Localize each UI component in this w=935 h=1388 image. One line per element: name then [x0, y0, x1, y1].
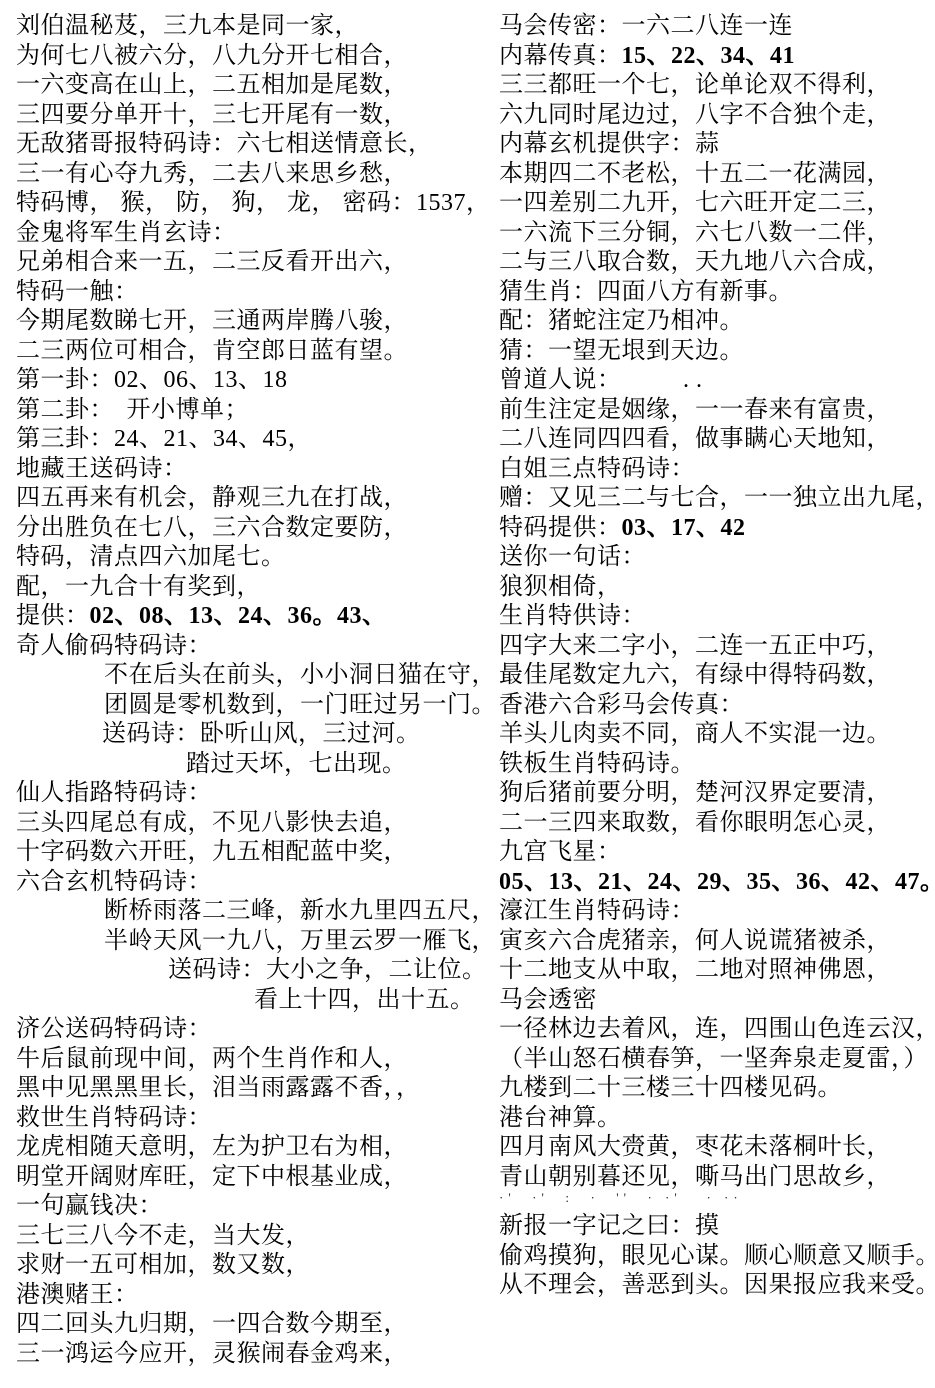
text-line: 仙人指路特码诗： — [16, 779, 476, 809]
text-line: 三一有心夺九秀，二去八来思乡愁， — [16, 160, 476, 190]
line-text: 生肖特供诗： — [499, 603, 646, 629]
line-text: 三三都旺一个七，论单论双不得利， — [499, 72, 891, 98]
line-text: 羊头儿肉卖不同，商人不实混一边。 — [499, 721, 891, 747]
line-text: 配，一九合十有奖到， — [16, 574, 261, 600]
text-line: 白姐三点特码诗： — [499, 455, 929, 485]
text-line: 济公送码特码诗： — [16, 1015, 476, 1045]
text-line: 地藏王送码诗： — [16, 455, 476, 485]
text-line: 港台神算。 — [499, 1104, 929, 1134]
left-column: 刘伯温秘芨，三九本是同一家，为何七八被六分，八九分开七相合，一六变高在山上，二五… — [16, 12, 476, 1369]
line-text: 特码，清点四六加尾七。 — [16, 544, 286, 570]
line-text: 三七三八今不走，当大发， — [16, 1223, 310, 1249]
line-text: 六合玄机特码诗： — [16, 869, 212, 895]
text-line: 内幕玄机提供字：蒜 — [499, 130, 929, 160]
text-line: 分出胜负在七八，三六合数定要防， — [16, 514, 476, 544]
line-text: 九宫飞星： — [499, 839, 622, 865]
text-line: 四五再来有机会，静观三九在打战， — [16, 484, 476, 514]
line-text: 地藏王送码诗： — [16, 456, 188, 482]
line-text: 一四差别二九开，七六旺开定二三， — [499, 190, 891, 216]
line-text: 送码诗：大小之争，二让位。 — [168, 957, 487, 983]
line-text: 团圆是零机数到，一门旺过另一门。 — [104, 692, 496, 718]
text-line: 一六流下三分铜，六七八数一二伴， — [499, 219, 929, 249]
line-text: 救世生肖特码诗： — [16, 1105, 212, 1131]
line-text: 偷鸡摸狗，眼见心谋。顺心顺意又顺手。 — [499, 1243, 935, 1269]
line-text: 内幕玄机提供字：蒜 — [499, 131, 720, 157]
text-line: 三七三八今不走，当大发， — [16, 1222, 476, 1252]
line-text: 一径林边去着风，连，四围山色连云汉， — [499, 1016, 935, 1042]
text-line: 05、13、21、24、29、35、36、42、47。 — [499, 868, 929, 898]
text-line: 半岭天风一九八，万里云罗一雁飞， — [16, 927, 476, 957]
text-line: 龙虎相随天意明，左为护卫右为相， — [16, 1133, 476, 1163]
line-text: 不在后头在前头，小小洞日猫在守， — [104, 662, 496, 688]
text-line: 二与三八取合数，天九地八六合成， — [499, 248, 929, 278]
line-text: 提供： — [16, 603, 90, 629]
text-line: 黑中见黑黑里长，泪当雨露露不香，， — [16, 1074, 476, 1104]
text-line: 十字码数六开旺，九五相配蓝中奖， — [16, 838, 476, 868]
line-text: 马会传密：一六二八连一连 — [499, 13, 793, 39]
line-text: 四字大来二字小，二连一五正中巧， — [499, 633, 891, 659]
line-text: 看上十四，出十五。 — [254, 987, 475, 1013]
line-text: 第一卦：02、06、13、18 — [16, 367, 288, 393]
text-line: 生肖特供诗： — [499, 602, 929, 632]
line-text: 一六流下三分铜，六七八数一二伴， — [499, 220, 891, 246]
line-text: 仙人指路特码诗： — [16, 780, 212, 806]
line-text: 分出胜负在七八，三六合数定要防， — [16, 515, 408, 541]
text-line: 送码诗：大小之争，二让位。 — [16, 956, 476, 986]
text-line: 四字大来二字小，二连一五正中巧， — [499, 632, 929, 662]
line-text: 新报一字记之曰：摸 — [499, 1213, 720, 1239]
line-text: 配：猪蛇注定乃相冲。 — [499, 308, 744, 334]
line-text: 港台神算。 — [499, 1105, 622, 1131]
text-line: 曾道人说： . . — [499, 366, 929, 396]
text-line: 特码博， 猴， 防， 狗， 龙， 密码：1537， — [16, 189, 476, 219]
text-line: 三一鸿运今应开，灵猴闹春金鸡来， — [16, 1340, 476, 1370]
text-line: 断桥雨落二三峰，新水九里四五尺， — [16, 897, 476, 927]
text-line: 港澳赌王： — [16, 1281, 476, 1311]
text-line: （半山怒石横春笋，一坚奔泉走夏雷，） — [499, 1045, 929, 1075]
text-line: 提供：02、08、13、24、36。43、 — [16, 602, 476, 632]
text-line: 六合玄机特码诗： — [16, 868, 476, 898]
text-line: 马会传密：一六二八连一连 — [499, 12, 929, 42]
line-text: 狗后猪前要分明，楚河汉界定要清， — [499, 780, 891, 806]
line-text: 金鬼将军生肖玄诗： — [16, 220, 237, 246]
line-text: 为何七八被六分，八九分开七相合， — [16, 43, 408, 69]
line-text: 曾道人说： . . — [499, 367, 703, 393]
text-line: 今期尾数睇七开，三通两岸腾八骏， — [16, 307, 476, 337]
line-text: （半山怒石横春笋，一坚奔泉走夏雷，） — [499, 1046, 928, 1072]
text-line: 配，一九合十有奖到， — [16, 573, 476, 603]
text-line: 香港六合彩马会传真： — [499, 691, 929, 721]
line-text: 狼狈相倚， — [499, 574, 622, 600]
text-line: 狗后猪前要分明，楚河汉界定要清， — [499, 779, 929, 809]
text-line: 猜：一望无垠到天边。 — [499, 337, 929, 367]
text-line: 一径林边去着风，连，四围山色连云汉， — [499, 1015, 929, 1045]
line-text: 特码一触： — [16, 279, 139, 305]
bold-numbers: 02、08、13、24、36。43、 — [90, 603, 387, 629]
line-text: 濠江生肖特码诗： — [499, 898, 695, 924]
text-line: 内幕传真：15、22、34、41 — [499, 42, 929, 72]
bold-numbers: 05、13、21、24、29、35、36、42、47。 — [499, 869, 935, 895]
text-line: 十二地支从中取，二地对照神佛恩， — [499, 956, 929, 986]
line-text: 龙虎相随天意明，左为护卫右为相， — [16, 1134, 408, 1160]
text-line: 新报一字记之曰：摸 — [499, 1212, 929, 1242]
line-text: 三一鸿运今应开，灵猴闹春金鸡来， — [16, 1341, 408, 1367]
text-line: 四二回头九归期，一四合数今期至， — [16, 1310, 476, 1340]
line-text: 寅亥六合虎猪亲，何人说谎猪被杀， — [499, 928, 891, 954]
text-line: 特码一触： — [16, 278, 476, 308]
line-text: 二八连同四四看，做事瞒心天地知， — [499, 426, 891, 452]
line-text: 牛后鼠前现中间，两个生肖作和人， — [16, 1046, 408, 1072]
line-text: 断桥雨落二三峰，新水九里四五尺， — [104, 898, 496, 924]
text-line: 送你一句话： — [499, 543, 929, 573]
line-text: 十二地支从中取，二地对照神佛恩， — [499, 957, 891, 983]
text-line: 一四差别二九开，七六旺开定二三， — [499, 189, 929, 219]
text-line: 二三两位可相合，肯空郎日蓝有望。 — [16, 337, 476, 367]
line-text: 青山朝别暮还见，嘶马出门思故乡， — [499, 1164, 891, 1190]
text-line: 送码诗：卧听山风，三过河。 — [16, 720, 476, 750]
text-line: 明堂开阔财库旺，定下中根基业成， — [16, 1163, 476, 1193]
text-line: 刘伯温秘芨，三九本是同一家， — [16, 12, 476, 42]
text-line: 为何七八被六分，八九分开七相合， — [16, 42, 476, 72]
text-line: 一句赢钱决： — [16, 1192, 476, 1222]
text-line: 看上十四，出十五。 — [16, 986, 476, 1016]
line-text: 赠：又见三二与七合，一一独立出九尾， — [499, 485, 935, 511]
text-line: 二一三四来取数，看你眼明怎心灵， — [499, 809, 929, 839]
text-line: 赠：又见三二与七合，一一独立出九尾， — [499, 484, 929, 514]
text-line: 铁板生肖特码诗。 — [499, 750, 929, 780]
text-line: 马会透密 — [499, 986, 929, 1016]
text-line: 配：猪蛇注定乃相冲。 — [499, 307, 929, 337]
line-text: 送你一句话： — [499, 544, 646, 570]
text-line: 牛后鼠前现中间，两个生肖作和人， — [16, 1045, 476, 1075]
line-text: 第三卦：24、21、34、45， — [16, 426, 312, 452]
line-text: 一六变高在山上，二五相加是尾数， — [16, 72, 408, 98]
line-text: 内幕传真： — [499, 43, 622, 69]
line-text: 港澳赌王： — [16, 1282, 139, 1308]
text-line: 最佳尾数定九六，有绿中得特码数， — [499, 661, 929, 691]
line-text: 济公送码特码诗： — [16, 1016, 212, 1042]
line-text: 四五再来有机会，静观三九在打战， — [16, 485, 408, 511]
text-line: 濠江生肖特码诗： — [499, 897, 929, 927]
line-text: 六九同时尾边过，八字不合独个走， — [499, 102, 891, 128]
line-text: 四月南风大赍黄，枣花未落桐叶长， — [499, 1134, 891, 1160]
line-text: 四二回头九归期，一四合数今期至， — [16, 1311, 408, 1337]
line-text: 求财一五可相加，数又数， — [16, 1252, 310, 1278]
line-text: 三一有心夺九秀，二去八来思乡愁， — [16, 161, 408, 187]
text-line: 三三都旺一个七，论单论双不得利， — [499, 71, 929, 101]
line-text: 马会透密 — [499, 987, 597, 1013]
text-line: 第一卦：02、06、13、18 — [16, 366, 476, 396]
text-line: 金鬼将军生肖玄诗： — [16, 219, 476, 249]
text-line: 不在后头在前头，小小洞日猫在守， — [16, 661, 476, 691]
text-line: 无敌猪哥报特码诗：六七相送情意长， — [16, 130, 476, 160]
line-text: 白姐三点特码诗： — [499, 456, 695, 482]
text-line: 三头四尾总有成，不见八影快去追， — [16, 809, 476, 839]
text-line: 二八连同四四看，做事瞒心天地知， — [499, 425, 929, 455]
line-text: 特码提供： — [499, 515, 622, 541]
text-line: 本期四二不老松，十五二一花满园， — [499, 160, 929, 190]
text-line: 偷鸡摸狗，眼见心谋。顺心顺意又顺手。 — [499, 1242, 929, 1272]
line-text: 踏过天坏，七出现。 — [186, 751, 407, 777]
text-line: 兄弟相合来一五，二三反看开出六， — [16, 248, 476, 278]
line-text: 兄弟相合来一五，二三反看开出六， — [16, 249, 408, 275]
text-line: 前生注定是姻缘，一一春来有富贵， — [499, 396, 929, 426]
line-text: 半岭天风一九八，万里云罗一雁飞， — [104, 928, 496, 954]
line-text: 二与三八取合数，天九地八六合成， — [499, 249, 891, 275]
bold-numbers: 03、17、42 — [622, 515, 746, 541]
line-text: 三头四尾总有成，不见八影快去追， — [16, 810, 408, 836]
text-line: 从不理会，善恶到头。因果报应我来受。 — [499, 1271, 929, 1301]
bold-numbers: 15、22、34、41 — [622, 43, 796, 69]
line-text: 从不理会，善恶到头。因果报应我来受。 — [499, 1272, 935, 1298]
text-line: 踏过天坏，七出现。 — [16, 750, 476, 780]
line-text: 十字码数六开旺，九五相配蓝中奖， — [16, 839, 408, 865]
text-line: 青山朝别暮还见，嘶马出门思故乡， — [499, 1163, 929, 1193]
text-line: 一六变高在山上，二五相加是尾数， — [16, 71, 476, 101]
text-line: 四月南风大赍黄，枣花未落桐叶长， — [499, 1133, 929, 1163]
line-text: 刘伯温秘芨，三九本是同一家， — [16, 13, 359, 39]
text-line: 救世生肖特码诗： — [16, 1104, 476, 1134]
text-line: 特码提供：03、17、42 — [499, 514, 929, 544]
line-text: 奇人偷码特码诗： — [16, 633, 212, 659]
line-text: 香港六合彩马会传真： — [499, 692, 744, 718]
line-text: 一句赢钱决： — [16, 1193, 163, 1219]
text-line: 六九同时尾边过，八字不合独个走， — [499, 101, 929, 131]
line-text: 三四要分单开十，三七开尾有一数， — [16, 102, 408, 128]
line-text: 黑中见黑黑里长，泪当雨露露不香，， — [16, 1075, 421, 1101]
line-text: 铁板生肖特码诗。 — [499, 751, 695, 777]
text-line: 猜生肖：四面八方有新事。 — [499, 278, 929, 308]
line-text: 第二卦： 开小博单； — [16, 397, 249, 423]
right-column: 马会传密：一六二八连一连内幕传真：15、22、34、41三三都旺一个七，论单论双… — [499, 12, 929, 1301]
line-text: 本期四二不老松，十五二一花满园， — [499, 161, 891, 187]
text-line: 九宫飞星： — [499, 838, 929, 868]
text-line: 狼狈相倚， — [499, 573, 929, 603]
text-line: 寅亥六合虎猪亲，何人说谎猪被杀， — [499, 927, 929, 957]
line-text: 今期尾数睇七开，三通两岸腾八骏， — [16, 308, 408, 334]
line-text: 九楼到二十三楼三十四楼见码。 — [499, 1075, 842, 1101]
line-text: 最佳尾数定九六，有绿中得特码数， — [499, 662, 891, 688]
text-line: 团圆是零机数到，一门旺过另一门。 — [16, 691, 476, 721]
text-line: 第三卦：24、21、34、45， — [16, 425, 476, 455]
text-line: 奇人偷码特码诗： — [16, 632, 476, 662]
line-text: 明堂开阔财库旺，定下中根基业成， — [16, 1164, 408, 1190]
line-text: 无敌猪哥报特码诗：六七相送情意长， — [16, 131, 433, 157]
line-text: 二三两位可相合，肯空郎日蓝有望。 — [16, 338, 408, 364]
line-text: 二一三四来取数，看你眼明怎心灵， — [499, 810, 891, 836]
line-text: 猜：一望无垠到天边。 — [499, 338, 744, 364]
line-text: 送码诗：卧听山风，三过河。 — [102, 721, 421, 747]
text-line: 九楼到二十三楼三十四楼见码。 — [499, 1074, 929, 1104]
document-page: 刘伯温秘芨，三九本是同一家，为何七八被六分，八九分开七相合，一六变高在山上，二五… — [0, 0, 935, 1388]
text-line: 特码，清点四六加尾七。 — [16, 543, 476, 573]
text-line: 羊头儿肉卖不同，商人不实混一边。 — [499, 720, 929, 750]
text-line: 三四要分单开十，三七开尾有一数， — [16, 101, 476, 131]
line-text: 猜生肖：四面八方有新事。 — [499, 279, 793, 305]
line-text: 前生注定是姻缘，一一春来有富贵， — [499, 397, 891, 423]
text-line: 求财一五可相加，数又数， — [16, 1251, 476, 1281]
line-text: ·' ·' : · '' · ·' · ·· — [499, 1192, 743, 1205]
line-text: 特码博， 猴， 防， 狗， 龙， 密码：1537， — [16, 190, 491, 216]
text-line: 第二卦： 开小博单； — [16, 396, 476, 426]
cropped-line-remnant: ·' ·' : · '' · ·' · ·· — [499, 1192, 929, 1212]
